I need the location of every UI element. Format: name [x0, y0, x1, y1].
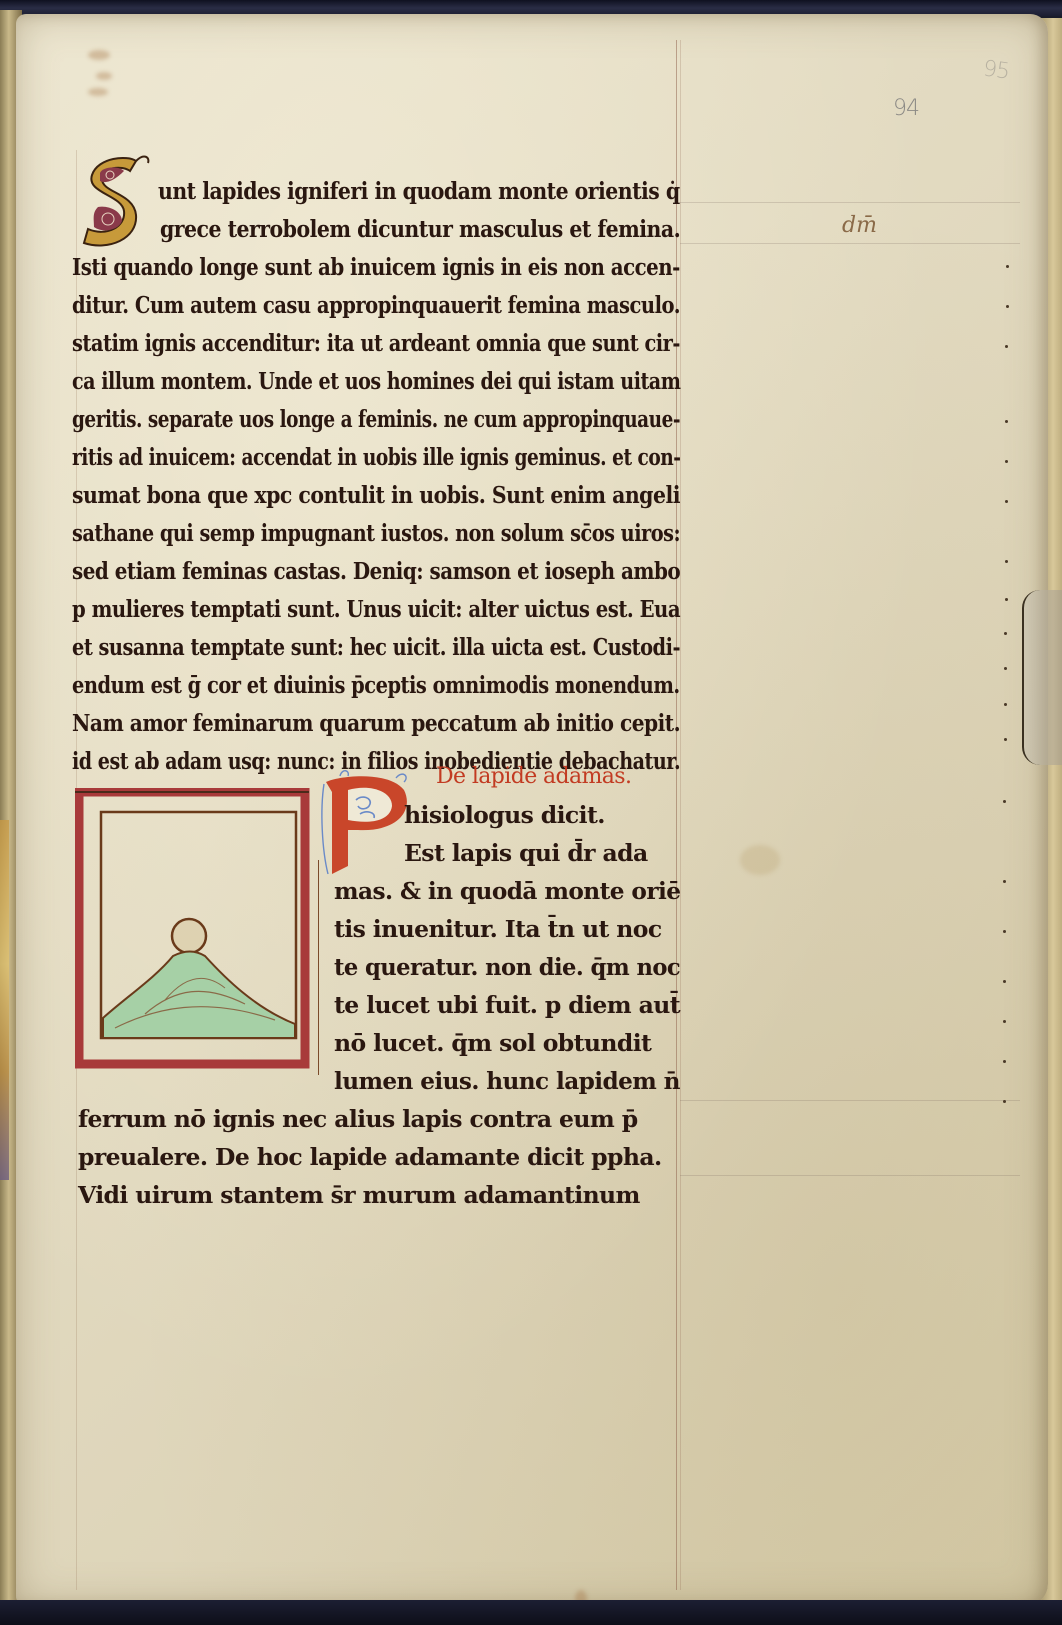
ruling-mid-2 [680, 1175, 1020, 1176]
pricking-hole [1005, 500, 1008, 503]
text-line: nō lucet. q̄m sol obtundit [334, 1024, 651, 1062]
pricking-hole [1005, 598, 1008, 601]
text-line: te queratur. non die. q̄m noc [334, 948, 680, 986]
stain [88, 50, 110, 60]
pricking-hole [1003, 930, 1006, 933]
pricking-hole [1003, 1060, 1006, 1063]
page-clip-tab [1022, 590, 1062, 765]
pricking-hole [1003, 880, 1006, 883]
pricking-hole [1003, 1020, 1006, 1023]
pricking-hole [1005, 420, 1008, 423]
text-line: mas. & in quodā monte oriē [334, 872, 680, 910]
text-line: unt lapides igniferi in quodam monte ori… [158, 172, 680, 210]
text-line: grece terrobolem dicuntur masculus et fe… [160, 210, 680, 248]
ruling-top-2 [680, 243, 1020, 244]
book-binding-bottom [0, 1600, 1062, 1625]
pricking-hole [1005, 345, 1008, 348]
stain [88, 88, 108, 96]
ruling-right-outer [680, 40, 681, 1590]
text-line: sathane qui semp impugnant iustos. non s… [72, 514, 680, 552]
adjacent-page-edge [0, 820, 9, 1180]
pricking-hole [1004, 738, 1007, 741]
pricking-hole [1004, 703, 1007, 706]
pricking-hole [1005, 460, 1008, 463]
text-line: Est lapis qui d̄r ada [404, 834, 648, 872]
ruling-mid [680, 1100, 1020, 1101]
text-line: ferrum nō ignis nec alius lapis contra … [78, 1100, 638, 1138]
stain [96, 72, 112, 80]
pricking-hole [1004, 632, 1007, 635]
miniature-adamant-mountain [75, 788, 315, 1073]
text-line: ca illum montem. Unde et uos homines dei… [72, 362, 680, 400]
text-line: Nam amor feminarum quarum peccatum ab in… [72, 704, 680, 742]
text-line: Vidi uirum stantem s̄r murum adamantinum [78, 1176, 640, 1214]
pricking-hole [1006, 265, 1009, 268]
pricking-hole [1005, 560, 1008, 563]
pricking-hole [1003, 980, 1006, 983]
text-line: Isti quando longe sunt ab inuicem ignis … [72, 248, 680, 286]
text-line: ditur. Cum autem casu appropinquauerit f… [72, 286, 680, 324]
text-line: preualere. De hoc lapide adamante dicit … [78, 1138, 662, 1176]
text-line: statim ignis accenditur: ita ut ardeant … [72, 324, 680, 362]
illuminated-initial-p [318, 770, 414, 880]
marginal-annotation: dm̄ [842, 213, 877, 238]
pricking-hole [1004, 667, 1007, 670]
miniature-column-rule [318, 860, 319, 1075]
text-line: sed etiam feminas castas. Deniq: samson … [72, 552, 680, 590]
text-line: p mulieres temptati sunt. Unus uicit: al… [72, 590, 680, 628]
folio-number: 94 [893, 96, 919, 121]
pricking-hole [1003, 1100, 1006, 1103]
text-line: tis inuenitur. Ita t̄n ut noc [334, 910, 662, 948]
text-line: et susanna temptate sunt: hec uicit. ill… [72, 628, 680, 666]
text-line: lumen eius. hunc lapidem n̄ [334, 1062, 680, 1100]
pricking-hole [1006, 305, 1009, 308]
folio-number-old: 95 [981, 56, 1010, 84]
text-line: ritis ad inuicem: accendat in uobis ille… [72, 438, 681, 476]
pricking-hole [1003, 800, 1006, 803]
text-line: hisiologus dicit. [404, 796, 605, 834]
text-line: sumat bona que xpc contulit in uobis. Su… [72, 476, 680, 514]
ruling-top [680, 202, 1020, 203]
stain [740, 845, 780, 875]
text-line: geritis. separate uos longe a feminis. n… [72, 400, 680, 438]
text-line: te lucet ubi fuit. p diem aut̄ [334, 986, 680, 1024]
illuminated-initial-s [78, 155, 154, 247]
text-line: endum est ḡ cor et diuinis p̄ceptis omn… [72, 666, 680, 704]
rubric-heading: De lapide adamas. [436, 758, 631, 796]
